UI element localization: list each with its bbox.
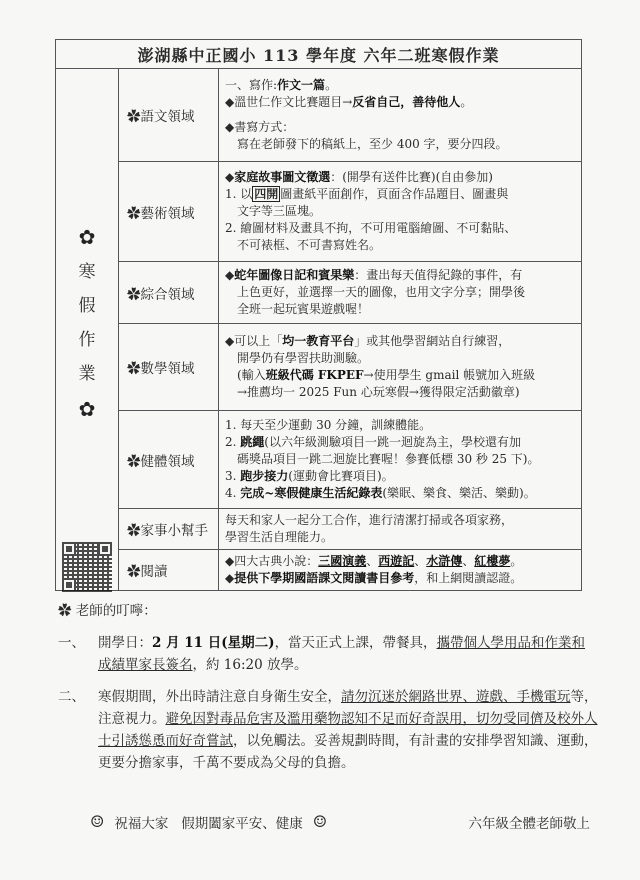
- subject-integrative: ✿綜合領域: [119, 262, 219, 324]
- subject-health-pe: ✿健體領域: [119, 411, 219, 509]
- subject-content: ◆可以上「均一教育平台」或其他學習網站自行練習，開學仍有學習扶助測驗。(輸入班級…: [219, 324, 582, 411]
- text-run: 寒假期間，外出時請注意自身衛生安全，: [98, 689, 341, 705]
- content-line: 寫在老師發下的稿紙上，至少 400 字，要分四段。: [225, 136, 575, 153]
- flower-icon: ✿: [79, 225, 96, 249]
- footer: ☺ 祝福大家 假期闔家平安、健康 ☺ 六年級全體老師敬上: [90, 812, 590, 832]
- smiley-icon: ☺: [90, 812, 104, 832]
- text-run: 文字等三區塊。: [237, 204, 321, 218]
- smiley-icon: ☺: [313, 812, 327, 832]
- document-title: 澎湖縣中正國小 113 學年度 六年二班寒假作業: [56, 40, 582, 69]
- text-run: (運動會比賽項目)。: [288, 469, 393, 483]
- subject-math: ✿數學領域: [119, 324, 219, 411]
- text-run: 碼獎品項目一跳二迴旋比賽喔！參賽低標 30 秒 25 下)。: [237, 452, 539, 466]
- note-text: 開學日：2 月 11 日(星期二)，當天正式上課，帶餐具，攜帶個人學用品和作業和…: [98, 632, 598, 676]
- text-run: 開學仍有學習扶助測驗。: [237, 351, 369, 365]
- text-run: 。: [510, 554, 522, 568]
- bold-text: 完成~寒假健康生活紀錄表: [240, 486, 382, 500]
- text-run: 3.: [225, 469, 240, 483]
- content-line: 全班一起玩賓果遊戲喔！: [225, 301, 575, 318]
- content-line: 開學仍有學習扶助測驗。: [225, 350, 575, 367]
- text-run: ，約 16:20 放學。: [193, 657, 308, 673]
- text-run: 1. 每天至少運動 30 分鐘，訓練體能。: [225, 418, 431, 432]
- text-run: ◆: [225, 170, 234, 184]
- content-line: ◆家庭故事圖文徵選：(開學有送件比賽)(自由參加): [225, 169, 575, 186]
- text-run: 、: [462, 554, 474, 568]
- content-line: 4. 完成~寒假健康生活紀錄表(樂眠、樂食、樂活、樂動)。: [225, 485, 575, 502]
- note-item: 二、 寒假期間，外出時請注意自身衛生安全，請勿沉迷於網路世界、遊戲、手機電玩等，…: [58, 686, 598, 774]
- vertical-char: 業: [79, 364, 96, 384]
- bold-text: 三國演義: [318, 554, 366, 568]
- bold-text: 提供下學期國語課文閱讀書目參考: [234, 571, 414, 585]
- text-run: ◆: [225, 571, 234, 585]
- subject-content: ◆家庭故事圖文徵選：(開學有送件比賽)(自由參加)1. 以四開圖畫紙平面創作，頁…: [219, 162, 582, 262]
- bold-text: 反省自己，善待他人: [352, 95, 460, 109]
- text-run: 」或其他學習網站自行練習，: [354, 334, 510, 348]
- signature: 六年級全體老師敬上: [469, 812, 591, 832]
- text-run: ◆四大古典小說：: [225, 554, 318, 568]
- bold-text: 家庭故事圖文徵選: [234, 170, 330, 184]
- content-line: 1. 以四開圖畫紙平面創作，頁面含作品題目、圖畫與: [225, 186, 575, 203]
- content-line: 2. 跳繩(以六年級測驗項目一跳一迴旋為主，學校還有加: [225, 434, 575, 451]
- boxed-text: 四開: [252, 186, 280, 202]
- text-run: ◆書寫方式：: [225, 120, 294, 134]
- qr-code-icon[interactable]: [62, 542, 112, 592]
- text-run: 每天和家人一起分工合作，進行清潔打掃或各項家務，: [225, 513, 513, 527]
- text-run: 圖畫紙平面創作，頁面含作品題目、圖畫與: [280, 187, 508, 201]
- vertical-char: 假: [79, 296, 96, 316]
- content-line: 碼獎品項目一跳二迴旋比賽喔！參賽低標 30 秒 25 下)。: [225, 451, 575, 468]
- text-run: 學習生活自理能力。: [225, 530, 333, 544]
- content-line: →推薦均一 2025 Fun 心玩寒假→獲得限定活動徽章): [225, 384, 575, 401]
- subject-reading: ✿閱讀: [119, 550, 219, 591]
- subject-chinese: ✿語文領域: [119, 69, 219, 162]
- bold-text: 作文一篇: [277, 78, 325, 92]
- text-run: ，當天正式上課，帶餐具，: [275, 635, 437, 651]
- text-run: 請勿沉迷於網路世界、遊戲、手機電玩: [341, 689, 571, 705]
- note-number: 一、: [58, 632, 98, 676]
- vertical-char: 作: [79, 330, 96, 350]
- content-line: ◆書寫方式：: [225, 119, 575, 136]
- content-line: 2. 繪圖材料及畫具不拘，不可用電腦繪圖、不可黏貼、: [225, 220, 575, 237]
- text-run: (以六年級測驗項目一跳一迴旋為主，學校還有加: [264, 435, 521, 449]
- content-line: 上色更好，並選擇一天的圖像，也用文字分享；開學後: [225, 284, 575, 301]
- text-run: ：(開學有送件比賽)(自由參加): [330, 170, 493, 184]
- content-line: 1. 每天至少運動 30 分鐘，訓練體能。: [225, 417, 575, 434]
- text-run: 。: [460, 95, 472, 109]
- notes-heading: ✿ 老師的叮嚀：: [58, 600, 598, 622]
- text-run: ，和上網閱讀認證。: [414, 571, 522, 585]
- subject-content: ◆蛇年圖像日記和賓果樂：畫出每天值得紀錄的事件，有上色更好，並選擇一天的圖像，也…: [219, 262, 582, 324]
- subject-arts: ✿藝術領域: [119, 162, 219, 262]
- content-line: 3. 跑步接力(運動會比賽項目)。: [225, 468, 575, 485]
- bold-text: 班級代碼 FKPEF: [266, 368, 364, 382]
- content-line: (輸入班級代碼 FKPEF→使用學生 gmail 帳號加入班級: [225, 367, 575, 384]
- bold-text: 2 月 11 日(星期二): [152, 635, 275, 651]
- text-run: →推薦均一 2025 Fun 心玩寒假→獲得限定活動徽章): [237, 385, 520, 399]
- subject-content: 一、寫作:作文一篇。◆溫世仁作文比賽題目→反省自己，善待他人。◆書寫方式：寫在老…: [219, 69, 582, 162]
- vertical-char: 寒: [79, 262, 96, 282]
- teacher-notes: ✿ 老師的叮嚀： 一、 開學日：2 月 11 日(星期二)，當天正式上課，帶餐具…: [58, 600, 598, 784]
- bold-text: 水滸傳: [426, 554, 462, 568]
- content-line: ◆蛇年圖像日記和賓果樂：畫出每天值得紀錄的事件，有: [225, 267, 575, 284]
- text-run: 1. 以: [225, 187, 252, 201]
- bold-text: 跑步接力: [240, 469, 288, 483]
- text-run: ◆: [225, 268, 234, 282]
- text-run: 4.: [225, 486, 240, 500]
- content-line: 文字等三區塊。: [225, 203, 575, 220]
- subject-chores: ✿家事小幫手: [119, 509, 219, 550]
- subject-content: 每天和家人一起分工合作，進行清潔打掃或各項家務，學習生活自理能力。: [219, 509, 582, 550]
- homework-table: 澎湖縣中正國小 113 學年度 六年二班寒假作業 ✿ 寒 假 作 業 ✿ ✿語文: [55, 39, 582, 591]
- content-line: 每天和家人一起分工合作，進行清潔打掃或各項家務，: [225, 512, 575, 529]
- content-line: ◆溫世仁作文比賽題目→反省自己，善待他人。: [225, 94, 575, 111]
- flower-icon: ✿: [79, 397, 96, 421]
- subject-content: 1. 每天至少運動 30 分鐘，訓練體能。2. 跳繩(以六年級測驗項目一跳一迴旋…: [219, 411, 582, 509]
- bold-text: 均一教育平台: [282, 334, 354, 348]
- text-run: 寫在老師發下的稿紙上，至少 400 字，要分四段。: [237, 137, 508, 151]
- content-line: 學習生活自理能力。: [225, 529, 575, 546]
- bold-text: 紅樓夢: [474, 554, 510, 568]
- text-run: 。: [325, 78, 337, 92]
- text-run: 、: [414, 554, 426, 568]
- text-run: 不可裱框、不可書寫姓名。: [237, 238, 381, 252]
- text-run: 、: [366, 554, 378, 568]
- text-run: (輸入: [237, 368, 266, 382]
- left-column: ✿ 寒 假 作 業 ✿: [56, 69, 119, 591]
- note-text: 寒假期間，外出時請注意自身衛生安全，請勿沉迷於網路世界、遊戲、手機電玩等，注意視…: [98, 686, 598, 774]
- text-run: 一、寫作:: [225, 78, 277, 92]
- text-run: →使用學生 gmail 帳號加入班級: [364, 368, 536, 382]
- text-run: 2. 繪圖材料及畫具不拘，不可用電腦繪圖、不可黏貼、: [225, 221, 516, 235]
- subject-content: ◆四大古典小說：三國演義、西遊記、水滸傳、紅樓夢。◆提供下學期國語課文閱讀書目參…: [219, 550, 582, 591]
- content-line: 不可裱框、不可書寫姓名。: [225, 237, 575, 254]
- note-number: 二、: [58, 686, 98, 774]
- text-run: (樂眠、樂食、樂活、樂動)。: [382, 486, 535, 500]
- text-run: ◆溫世仁作文比賽題目→: [225, 95, 352, 109]
- text-run: 上色更好，並選擇一天的圖像，也用文字分享；開學後: [237, 285, 525, 299]
- text-run: 全班一起玩賓果遊戲喔！: [237, 302, 369, 316]
- text-run: 2.: [225, 435, 240, 449]
- text-run: 開學日：: [98, 635, 152, 651]
- text-run: ◆可以上「: [225, 334, 282, 348]
- content-line: ◆提供下學期國語課文閱讀書目參考，和上網閱讀認證。: [225, 570, 575, 587]
- bold-text: 西遊記: [378, 554, 414, 568]
- content-line: ◆可以上「均一教育平台」或其他學習網站自行練習，: [225, 333, 575, 350]
- content-line: 一、寫作:作文一篇。: [225, 77, 575, 94]
- text-run: ：畫出每天值得紀錄的事件，有: [354, 268, 522, 282]
- bold-text: 蛇年圖像日記和賓果樂: [234, 268, 354, 282]
- vertical-title: ✿ 寒 假 作 業 ✿: [56, 219, 118, 427]
- greeting-text: 祝福大家 假期闔家平安、健康: [114, 812, 302, 832]
- content-line: ◆四大古典小說：三國演義、西遊記、水滸傳、紅樓夢。: [225, 553, 575, 570]
- bold-text: 跳繩: [240, 435, 264, 449]
- homework-document: 澎湖縣中正國小 113 學年度 六年二班寒假作業 ✿ 寒 假 作 業 ✿ ✿語文: [0, 0, 640, 880]
- note-item: 一、 開學日：2 月 11 日(星期二)，當天正式上課，帶餐具，攜帶個人學用品和…: [58, 632, 598, 676]
